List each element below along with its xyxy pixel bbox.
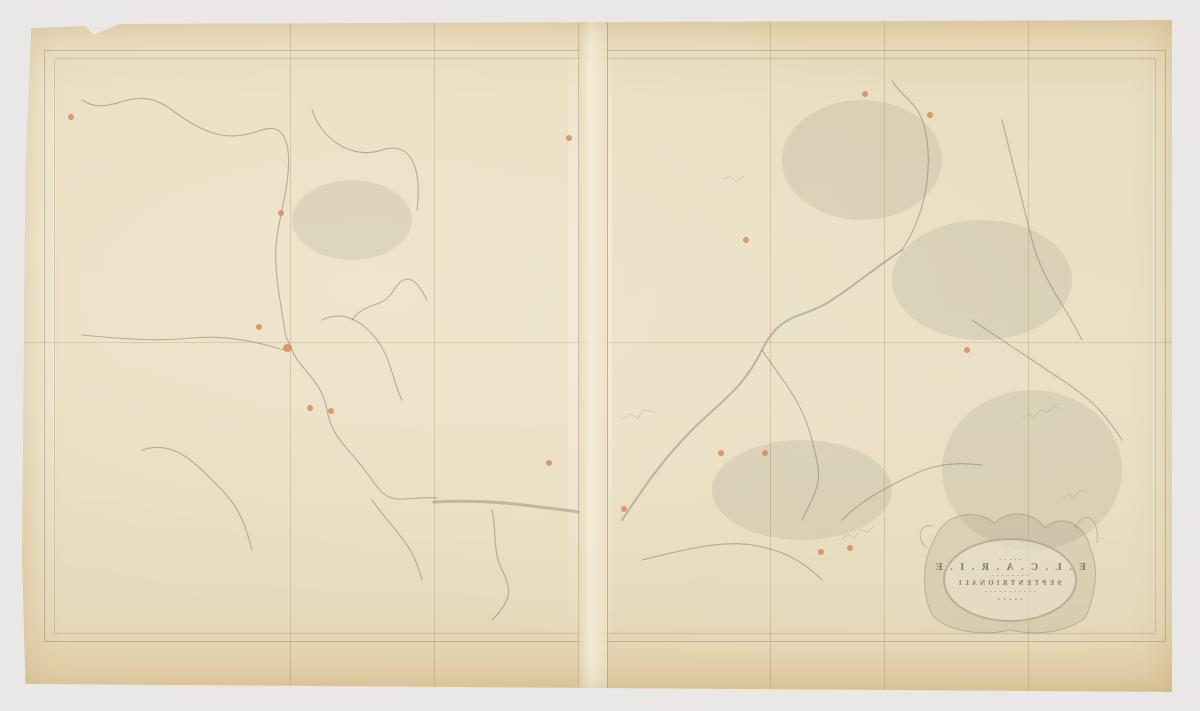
foxing-spot [964,347,970,353]
cartouche-line: S E P T E N T R I O N A L I [958,580,1061,588]
foxing-spot [621,506,627,512]
foxing-spot [283,344,292,352]
map-sheet-reverse: - - - - - E . L . C . A . R . I . E - - … [22,20,1172,692]
cartouche-line: E . L . C . A . R . I . E [934,564,1086,572]
foxing-spot [762,450,768,456]
foxing-spot [847,545,853,551]
foxing-spot [927,112,933,118]
foxing-spot [743,237,749,243]
foxing-spot [256,324,262,330]
cartouche-line: - - - - - - - - [991,572,1028,580]
foxing-spot [862,91,868,97]
title-cartouche-reversed: - - - - - E . L . C . A . R . I . E - - … [915,508,1105,638]
foxing-spot [718,450,724,456]
cartouche-line: - - - - - [997,596,1022,604]
foxing-spot [328,408,334,414]
foxing-spot [546,460,552,466]
foxing-spot [818,549,824,555]
cartouche-title-block: - - - - - E . L . C . A . R . I . E - - … [943,538,1077,622]
foxing-spot [278,210,284,216]
cartouche-line: - - - - - - - - - - - [984,588,1036,596]
foxing-spot [566,135,572,141]
foxing-spot [307,405,313,411]
foxing-spot [68,114,74,120]
